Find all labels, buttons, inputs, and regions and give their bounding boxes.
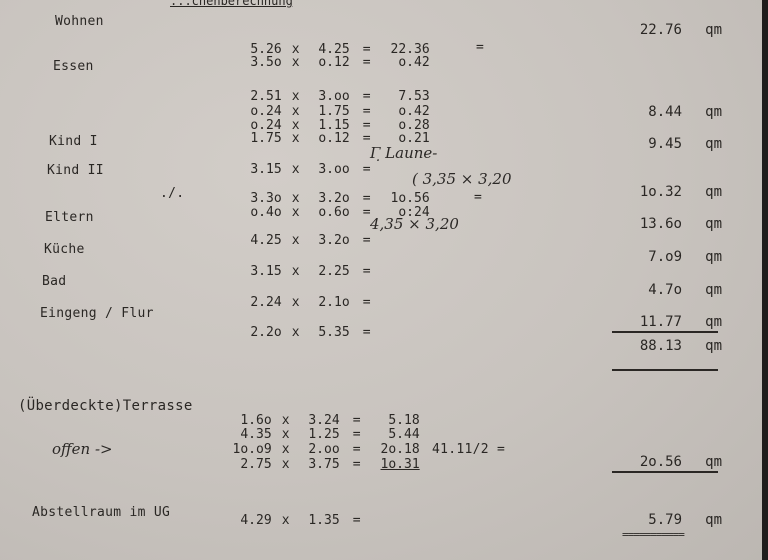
subtotal: 88.13qm xyxy=(612,338,722,354)
room-total-kueche: 7.o9qm xyxy=(612,249,722,265)
equals-sign: = xyxy=(476,40,484,55)
sum-line xyxy=(612,331,718,333)
calc-row: 4.29x1.35= xyxy=(204,498,374,528)
minus-marker: ./. xyxy=(160,186,184,201)
calc-row: 2.75x3.75=1o.31 xyxy=(204,442,420,472)
calc-row: 3.15x2.25= xyxy=(218,249,384,279)
room-label-bad: Bad xyxy=(42,274,66,289)
room-label-essen: Essen xyxy=(53,59,94,74)
room-label-eingang-flur: Eingeng / Flur xyxy=(40,306,154,321)
document-title: ...chenberechnung xyxy=(170,0,293,8)
page-edge-shadow xyxy=(762,0,768,560)
room-total-eltern: 13.6oqm xyxy=(612,216,722,232)
room-label-kueche: Küche xyxy=(44,242,85,257)
terrace-label: (Überdeckte)Terrasse xyxy=(18,398,193,414)
calc-row: 2.2ox5.35= xyxy=(218,310,384,340)
handwritten-note-offen: offen -> xyxy=(52,440,113,458)
room-total-eingang-flur: 11.77qm xyxy=(612,314,722,330)
room-label-eltern: Eltern xyxy=(45,210,94,225)
room-label-kind-1: Kind I xyxy=(49,134,98,149)
room-total-kind-1: 9.45qm xyxy=(612,136,722,152)
handwritten-note: ( 3,35 × 3,20 xyxy=(412,170,512,188)
double-underline: =========== xyxy=(622,528,684,541)
equals-sign: = xyxy=(474,190,482,205)
calc-row: 2.24x2.1o= xyxy=(218,280,384,310)
calc-row: 4.25x3.2o= xyxy=(218,218,384,248)
handwritten-note: 4,35 × 3,20 xyxy=(370,215,459,233)
room-total-bad: 4.7oqm xyxy=(612,282,722,298)
room-label-kind-2: Kind II xyxy=(47,163,104,178)
room-total-kind-2: 1o.32qm xyxy=(612,184,722,200)
room-label-wohnen: Wohnen xyxy=(55,14,104,29)
room-total-wohnen: 22.76qm xyxy=(612,22,722,38)
terrace-total-line xyxy=(612,471,718,473)
terrace-half-calc: 41.11/2 = xyxy=(432,442,505,457)
room-total-essen: 8.44qm xyxy=(612,104,722,120)
calc-row: 3.15x3.oo= xyxy=(218,147,384,177)
terrace-total: 2o.56qm xyxy=(612,454,722,470)
storage-total: 5.79qm xyxy=(612,512,722,528)
handwritten-note: Γ̣ Laune- xyxy=(370,144,437,162)
calc-row: 1.75xo.12=o.21 xyxy=(218,116,430,146)
calc-row: 3.5oxo.12=o.42 xyxy=(218,40,430,70)
storage-label: Abstellraum im UG xyxy=(32,505,170,520)
subtotal-line xyxy=(612,369,718,371)
